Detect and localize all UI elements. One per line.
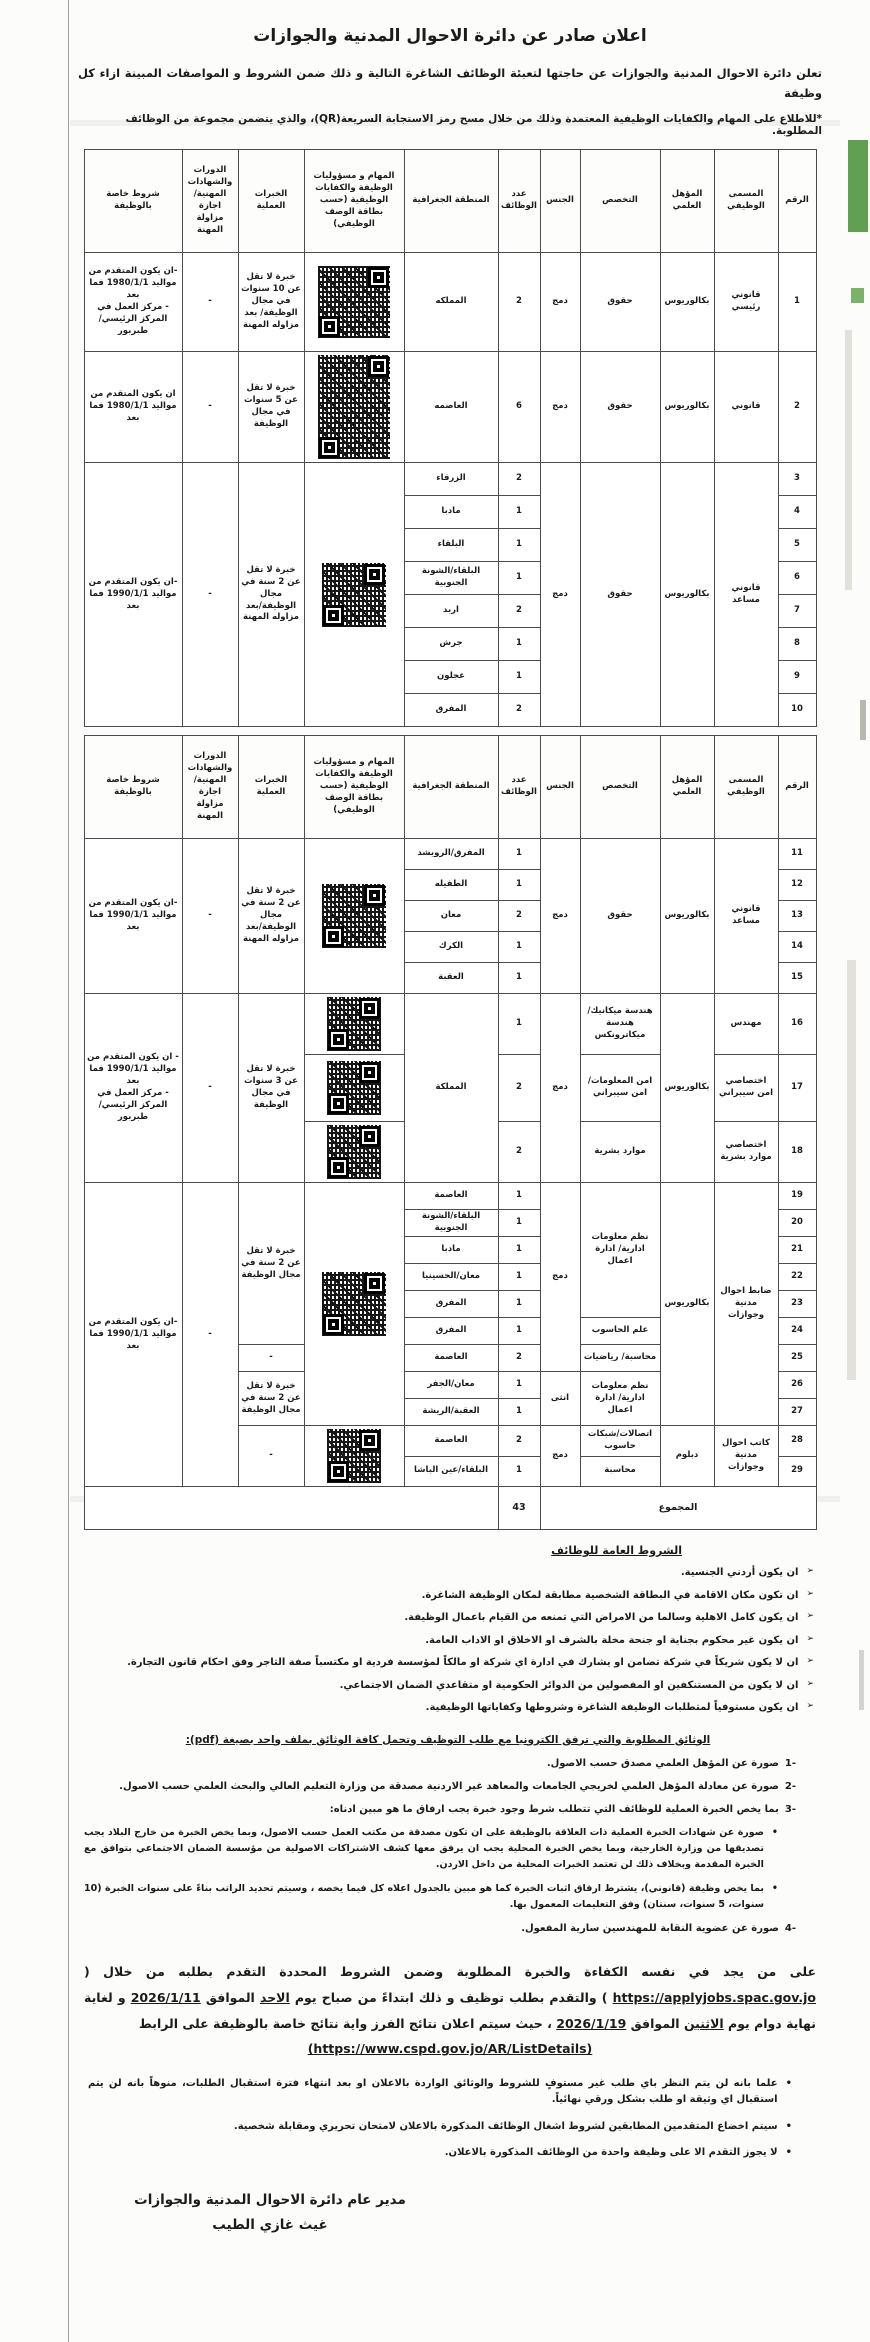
gender-cell: انثى — [540, 1372, 580, 1426]
table2-header-row: الرقم المسمى الوظيفي المؤهل العلمي التخص… — [84, 736, 816, 839]
region-cell: المملكه — [404, 253, 498, 352]
apply-text: ) والتقدم بطلب توظيف و ذلك ابتداءً من صب… — [295, 1990, 608, 2005]
courses-cell: - — [182, 352, 238, 463]
arrow-bullet-icon: ➢ — [806, 1655, 814, 1671]
start-date: 2026/1/11 — [131, 1990, 201, 2005]
apply-text: الموافق — [631, 2016, 680, 2031]
col-gender: الجنس — [540, 736, 580, 839]
vacancies-cell: 1 — [498, 628, 540, 661]
note-text: سيتم اخضاع المتقدمين المطابقين لشروط اشغ… — [234, 2119, 778, 2136]
region-cell: معان/الحسينيا — [404, 1264, 498, 1291]
row-num: 20 — [778, 1210, 816, 1237]
col-special-conditions: شروط خاصة بالوظيفة — [84, 736, 182, 839]
note-text: علما بانه لن يتم النظر باي طلب غير مستوف… — [88, 2076, 778, 2109]
gender-cell: دمج — [540, 463, 580, 727]
vacancies-cell: 1 — [498, 1264, 540, 1291]
vacancies-cell: 2 — [498, 694, 540, 727]
special-conditions-cell: ان يكون المتقدم من مواليد 1980/1/1 فما ب… — [84, 352, 182, 463]
tasks-qr-cell — [304, 1426, 404, 1487]
row-num: 14 — [778, 932, 816, 963]
row-num: 12 — [778, 870, 816, 901]
condition-text: ان يكون غير محكوم بجناية او جنحة مخلة با… — [425, 1633, 798, 1649]
region-cell: مادبا — [404, 1237, 498, 1264]
scan-artifact — [859, 1650, 864, 1710]
col-specialization: التخصص — [580, 736, 660, 839]
results-link[interactable]: (https://www.cspd.gov.jo/AR/ListDetails) — [84, 2036, 816, 2062]
job-title-cell: قانوني — [714, 352, 778, 463]
col-special-conditions: شروط خاصة بالوظيفة — [84, 150, 182, 253]
gender-cell: دمج — [540, 352, 580, 463]
condition-item: ➢ان يكون كامل الاهلية وسالما من الامراض … — [78, 1610, 814, 1626]
table1-header-row: الرقم المسمى الوظيفي المؤهل العلمي التخص… — [84, 150, 816, 253]
gender-cell: دمج — [540, 1426, 580, 1487]
region-cell: المفرق — [404, 694, 498, 727]
condition-item: ➢ان يكون مستوفياً لمتطلبات الوظيفة الشاغ… — [78, 1700, 814, 1716]
specialization-cell: موارد بشرية — [580, 1122, 660, 1183]
qr-code — [327, 1061, 381, 1115]
row-num: 11 — [778, 839, 816, 870]
row-num: 4 — [778, 496, 816, 529]
document-sub-item: •صورة عن شهادات الخبرة العملية ذات العلا… — [84, 1825, 778, 1873]
specialization-cell: هندسة ميكانيك/ هندسة ميكاترونكس — [580, 994, 660, 1055]
apply-portal-link[interactable]: https://applyjobs.spac.gov.jo — [613, 1990, 816, 2005]
row-num: 1 — [778, 253, 816, 352]
tasks-qr-cell — [304, 839, 404, 994]
qr-code — [327, 1125, 381, 1179]
job-title-cell: قانوني رئيسي — [714, 253, 778, 352]
region-cell: المفرق — [404, 1291, 498, 1318]
region-cell: المملكة — [404, 994, 498, 1183]
vacancies-cell: 1 — [498, 1291, 540, 1318]
region-cell: العقبة — [404, 963, 498, 994]
document-item: 1-صورة عن المؤهل العلمي مصدق حسب الاصول. — [78, 1756, 796, 1772]
row-num: 10 — [778, 694, 816, 727]
region-cell: العقبة/الريشة — [404, 1399, 498, 1426]
total-empty-cell — [84, 1487, 498, 1530]
courses-cell: - — [182, 253, 238, 352]
general-conditions-section: الشروط العامة للوظائف ➢ان يكون أردني الج… — [78, 1544, 822, 1716]
gender-cell: دمج — [540, 839, 580, 994]
region-cell: مادبا — [404, 496, 498, 529]
table-row: 3 قانوني مساعد بكالوريوس حقوق دمج 2 الزر… — [84, 463, 816, 496]
qr-code — [322, 884, 386, 948]
job-title-cell: اختصاصي امن سيبراني — [714, 1055, 778, 1122]
signature-block: مدير عام دائرة الاحوال المدنية والجوازات… — [98, 2188, 442, 2239]
row-num: 29 — [778, 1456, 816, 1487]
condition-text: ان لا يكون شريكاً في شركة تضامن او يشارك… — [127, 1655, 798, 1671]
apply-text: ، حيث سيتم اعلان نتائج الفرز واية نتائج … — [139, 2016, 552, 2031]
experience-cell: خبرة لا تقل عن 5 سنوات في مجال الوظيفة — [238, 352, 304, 463]
condition-item: ➢ان يكون أردني الجنسية. — [78, 1565, 814, 1581]
document-text: صورة عن عضوية النقابة للمهندسين سارية ال… — [521, 1921, 779, 1937]
document-text: صورة عن معادلة المؤهل العلمي لخريجي الجا… — [119, 1779, 779, 1795]
row-num: 9 — [778, 661, 816, 694]
intro-paragraph: تعلن دائرة الاحوال المدنية والجوازات عن … — [78, 64, 822, 103]
specialization-cell: حقوق — [580, 463, 660, 727]
dot-bullet-icon: • — [786, 2145, 792, 2162]
courses-cell: - — [182, 463, 238, 727]
qr-code — [322, 563, 386, 627]
row-num: 26 — [778, 1372, 816, 1399]
start-day: الاحد — [260, 1990, 290, 2005]
region-cell: عجلون — [404, 661, 498, 694]
row-num: 24 — [778, 1318, 816, 1345]
row-num: 28 — [778, 1426, 816, 1457]
vacancies-cell: 1 — [498, 529, 540, 562]
col-job-title: المسمى الوظيفي — [714, 150, 778, 253]
note-item: •لا يجوز التقدم الا على وظيفة واحدة من ا… — [88, 2145, 792, 2162]
table-row: 1 قانوني رئيسي بكالوريوس حقوق دمج 2 المم… — [84, 253, 816, 352]
specialization-cell: محاسبة — [580, 1456, 660, 1487]
experience-cell: خبرة لا تقل عن 2 سنة في مجال الوظيفة — [238, 1372, 304, 1426]
vacancies-cell: 2 — [498, 1426, 540, 1457]
table-row: 16 مهندس بكالوريوس هندسة ميكانيك/ هندسة … — [84, 994, 816, 1055]
vacancies-cell: 1 — [498, 661, 540, 694]
arrow-bullet-icon: ➢ — [806, 1588, 814, 1604]
specialization-cell: حقوق — [580, 253, 660, 352]
qualification-cell: دبلوم — [660, 1426, 714, 1487]
newspaper-column-rule — [68, 0, 69, 2342]
gender-cell: دمج — [540, 994, 580, 1183]
experience-cell: - — [238, 1345, 304, 1372]
arrow-bullet-icon: ➢ — [806, 1633, 814, 1649]
job-title-cell: ضابط احوال مدنية وجوازات — [714, 1183, 778, 1426]
col-experience: الخبرات العملية — [238, 150, 304, 253]
qr-code — [327, 997, 381, 1051]
special-conditions-cell: -ان يكون المتقدم من مواليد 1990/1/1 فما … — [84, 463, 182, 727]
vacancies-cell: 1 — [498, 932, 540, 963]
region-cell: العاصمة — [404, 1345, 498, 1372]
document-text: صورة عن المؤهل العلمي مصدق حسب الاصول. — [547, 1756, 779, 1772]
item-number: 4- — [785, 1921, 796, 1937]
job-title-cell: مهندس — [714, 994, 778, 1055]
courses-cell: - — [182, 839, 238, 994]
scan-artifact — [847, 960, 856, 1380]
page-title: اعلان صادر عن دائرة الاحوال المدنية والج… — [78, 26, 822, 46]
item-number: 2- — [785, 1779, 796, 1795]
document-item: 3-بما يخص الخبرة العملية للوظائف التي تت… — [78, 1802, 796, 1818]
col-qualification: المؤهل العلمي — [660, 150, 714, 253]
col-vacancies: عدد الوظائف — [498, 736, 540, 839]
vacancies-cell: 1 — [498, 1399, 540, 1426]
condition-text: ان يكون أردني الجنسية. — [681, 1565, 799, 1581]
vacancies-cell: 2 — [498, 1055, 540, 1122]
arrow-bullet-icon: ➢ — [806, 1700, 814, 1716]
experience-cell: خبرة لا تقل عن 3 سنوات في مجال الوظيفة — [238, 994, 304, 1183]
condition-text: ان يكون كامل الاهلية وسالما من الامراض ا… — [404, 1610, 798, 1626]
row-num: 21 — [778, 1237, 816, 1264]
row-num: 23 — [778, 1291, 816, 1318]
note-item: •سيتم اخضاع المتقدمين المطابقين لشروط اش… — [88, 2119, 792, 2136]
row-num: 17 — [778, 1055, 816, 1122]
row-num: 19 — [778, 1183, 816, 1210]
job-title-cell: اختصاصي موارد بشرية — [714, 1122, 778, 1183]
col-num: الرقم — [778, 736, 816, 839]
total-label: المجموع — [540, 1487, 816, 1530]
vacancies-cell: 2 — [498, 595, 540, 628]
note-text: لا يجوز التقدم الا على وظيفة واحدة من ال… — [445, 2145, 778, 2162]
document-text: صورة عن شهادات الخبرة العملية ذات العلاق… — [84, 1825, 764, 1873]
application-paragraph: على من يجد في نفسه الكفاءة والخبرة المطل… — [84, 1959, 816, 2062]
col-job-title: المسمى الوظيفي — [714, 736, 778, 839]
region-cell: البلقاء/الشونة الجنوبية — [404, 1210, 498, 1237]
vacancies-cell: 1 — [498, 1210, 540, 1237]
specialization-cell: نظم معلومات ادارية/ ادارة اعمال — [580, 1183, 660, 1318]
arrow-bullet-icon: ➢ — [806, 1565, 814, 1581]
specialization-cell: حقوق — [580, 839, 660, 994]
final-notes-section: •علما بانه لن يتم النظر باي طلب غير مستو… — [78, 2076, 822, 2162]
region-cell: البلقاء — [404, 529, 498, 562]
col-tasks: المهام و مسؤوليات الوظيفة والكفايات الوظ… — [304, 150, 404, 253]
job-title-cell: قانوني مساعد — [714, 839, 778, 994]
document-item: 4-صورة عن عضوية النقابة للمهندسين سارية … — [78, 1921, 796, 1937]
region-cell: المفرق/الرويشد — [404, 839, 498, 870]
vacancies-cell: 1 — [498, 562, 540, 595]
row-num: 22 — [778, 1264, 816, 1291]
row-num: 5 — [778, 529, 816, 562]
row-num: 15 — [778, 963, 816, 994]
vacancies-cell: 2 — [498, 1345, 540, 1372]
col-experience: الخبرات العملية — [238, 736, 304, 839]
dot-bullet-icon: • — [786, 2076, 792, 2109]
table-row: 2 قانوني بكالوريوس حقوق دمج 6 العاصمه خب… — [84, 352, 816, 463]
col-vacancies: عدد الوظائف — [498, 150, 540, 253]
end-day: الاثنين — [684, 2016, 724, 2031]
arrow-bullet-icon: ➢ — [806, 1610, 814, 1626]
specialization-cell: اتصالات/شبكات حاسوب — [580, 1426, 660, 1457]
condition-item: ➢ان لا يكون من المستنكفين او المفصولين م… — [78, 1678, 814, 1694]
col-qualification: المؤهل العلمي — [660, 736, 714, 839]
col-courses: الدورات والشهادات المهنية/اجازة مزاولة ا… — [182, 736, 238, 839]
special-conditions-cell: - ان يكون المتقدم من مواليد 1990/1/1 فما… — [84, 994, 182, 1183]
job-title-cell: كاتب احوال مدنية وجوازات — [714, 1426, 778, 1487]
arrow-bullet-icon: ➢ — [806, 1678, 814, 1694]
signature-name: غيث غازي الطيب — [98, 2213, 442, 2239]
specialization-cell: محاسبة/ رياضيات — [580, 1345, 660, 1372]
jobs-table-2: الرقم المسمى الوظيفي المؤهل العلمي التخص… — [84, 735, 817, 1530]
condition-item: ➢ان لا يكون شريكاً في شركة تضامن او يشار… — [78, 1655, 814, 1671]
vacancies-cell: 1 — [498, 1183, 540, 1210]
vacancies-cell: 2 — [498, 901, 540, 932]
row-num: 7 — [778, 595, 816, 628]
required-documents-section: الوثائق المطلوبة والتي ترفق الكترونيا مع… — [78, 1734, 822, 1938]
vacancies-cell: 2 — [498, 1122, 540, 1183]
scan-artifact — [848, 140, 868, 232]
qr-scan-note: *للاطلاع على المهام والكفايات الوظيفية ا… — [78, 113, 822, 137]
experience-cell: خبرة لا تقل عن 10 سنوات في مجال الوظيفة/… — [238, 253, 304, 352]
dot-bullet-icon: • — [772, 1881, 778, 1913]
qualification-cell: بكالوريوس — [660, 1183, 714, 1426]
table-row: 11 قانوني مساعد بكالوريوس حقوق دمج 1 الم… — [84, 839, 816, 870]
condition-item: ➢ان تكون مكان الاقامة في البطاقة الشخصية… — [78, 1588, 814, 1604]
vacancies-cell: 1 — [498, 994, 540, 1055]
row-num: 13 — [778, 901, 816, 932]
document-sub-item: •بما يخص وظيفة (قانوني)، يشترط ارفاق اثب… — [84, 1881, 778, 1913]
gender-cell: دمج — [540, 1183, 580, 1372]
scan-artifact — [845, 330, 852, 590]
apply-text: الموافق — [206, 1990, 255, 2005]
qr-code — [318, 266, 390, 338]
end-date: 2026/1/19 — [556, 2016, 626, 2031]
dot-bullet-icon: • — [786, 2119, 792, 2136]
apply-text: على من يجد في نفسه الكفاءة والخبرة المطل… — [84, 1964, 816, 1979]
job-title-cell: قانوني مساعد — [714, 463, 778, 727]
documents-title: الوثائق المطلوبة والتي ترفق الكترونيا مع… — [78, 1734, 818, 1746]
region-cell: جرش — [404, 628, 498, 661]
vacancies-cell: 1 — [498, 839, 540, 870]
region-cell: المفرق — [404, 1318, 498, 1345]
vacancies-cell: 1 — [498, 496, 540, 529]
courses-cell: - — [182, 1183, 238, 1487]
row-num: 27 — [778, 1399, 816, 1426]
col-tasks: المهام و مسؤوليات الوظيفة والكفايات الوظ… — [304, 736, 404, 839]
document-text: بما يخص وظيفة (قانوني)، يشترط ارفاق اثبا… — [84, 1881, 764, 1913]
qualification-cell: بكالوريوس — [660, 839, 714, 994]
col-num: الرقم — [778, 150, 816, 253]
tasks-qr-cell — [304, 1122, 404, 1183]
region-cell: العاصمه — [404, 352, 498, 463]
region-cell: اربد — [404, 595, 498, 628]
condition-text: ان يكون مستوفياً لمتطلبات الوظيفة الشاغر… — [426, 1700, 799, 1716]
gender-cell: دمج — [540, 253, 580, 352]
special-conditions-cell: -ان يكون المتقدم من مواليد 1980/1/1 فما … — [84, 253, 182, 352]
signature-title: مدير عام دائرة الاحوال المدنية والجوازات — [98, 2188, 442, 2214]
experience-cell: خبرة لا تقل عن 2 سنة في مجال الوظيفة — [238, 1183, 304, 1345]
item-number: 3- — [785, 1802, 796, 1818]
tasks-qr-cell — [304, 1055, 404, 1122]
region-cell: الكرك — [404, 932, 498, 963]
region-cell: البلقاء/عين الباشا — [404, 1456, 498, 1487]
vacancies-cell: 1 — [498, 1237, 540, 1264]
col-region: المنطقة الجغرافية — [404, 150, 498, 253]
row-num: 6 — [778, 562, 816, 595]
region-cell: معان/الجفر — [404, 1372, 498, 1399]
scan-artifact — [851, 288, 864, 303]
region-cell: الطفيله — [404, 870, 498, 901]
document-text: بما يخص الخبرة العملية للوظائف التي تتطل… — [330, 1802, 779, 1818]
dot-bullet-icon: • — [772, 1825, 778, 1873]
announcement: اعلان صادر عن دائرة الاحوال المدنية والج… — [78, 12, 822, 2239]
col-region: المنطقة الجغرافية — [404, 736, 498, 839]
row-num: 2 — [778, 352, 816, 463]
vacancies-cell: 1 — [498, 1456, 540, 1487]
total-row: المجموع 43 — [84, 1487, 816, 1530]
specialization-cell: نظم معلومات ادارية/ ادارة اعمال — [580, 1372, 660, 1426]
vacancies-cell: 1 — [498, 963, 540, 994]
region-cell: معان — [404, 901, 498, 932]
row-num: 18 — [778, 1122, 816, 1183]
region-cell: الزرقاء — [404, 463, 498, 496]
qualification-cell: بكالوريوس — [660, 994, 714, 1183]
row-num: 8 — [778, 628, 816, 661]
qr-code — [322, 1272, 386, 1336]
row-num: 3 — [778, 463, 816, 496]
experience-cell: خبرة لا تقل عن 2 سنة في مجال الوظيفة/بعد… — [238, 839, 304, 994]
col-gender: الجنس — [540, 150, 580, 253]
general-conditions-title: الشروط العامة للوظائف — [551, 1544, 682, 1557]
condition-text: ان لا يكون من المستنكفين او المفصولين من… — [340, 1678, 799, 1694]
experience-cell: - — [238, 1426, 304, 1487]
scan-artifact — [860, 700, 866, 740]
condition-text: ان تكون مكان الاقامة في البطاقة الشخصية … — [422, 1588, 799, 1604]
vacancies-cell: 1 — [498, 1372, 540, 1399]
vacancies-cell: 1 — [498, 870, 540, 901]
vacancies-cell: 2 — [498, 463, 540, 496]
tasks-qr-cell — [304, 1183, 404, 1426]
jobs-table-1: الرقم المسمى الوظيفي المؤهل العلمي التخص… — [84, 149, 817, 727]
qualification-cell: بكالوريوس — [660, 463, 714, 727]
region-cell: البلقاء/الشونة الجنوبية — [404, 562, 498, 595]
qr-code — [318, 355, 390, 459]
row-num: 16 — [778, 994, 816, 1055]
table-row: 19 ضابط احوال مدنية وجوازات بكالوريوس نظ… — [84, 1183, 816, 1210]
tasks-qr-cell — [304, 994, 404, 1055]
region-cell: العاصمة — [404, 1426, 498, 1457]
vacancies-cell: 2 — [498, 253, 540, 352]
region-cell: العاصمة — [404, 1183, 498, 1210]
tasks-qr-cell — [304, 253, 404, 352]
note-item: •علما بانه لن يتم النظر باي طلب غير مستو… — [88, 2076, 792, 2109]
qr-code — [327, 1429, 381, 1483]
special-conditions-cell: -ان يكون المتقدم من مواليد 1990/1/1 فما … — [84, 1183, 182, 1487]
condition-item: ➢ان يكون غير محكوم بجناية او جنحة مخلة ب… — [78, 1633, 814, 1649]
col-specialization: التخصص — [580, 150, 660, 253]
specialization-cell: علم الحاسوب — [580, 1318, 660, 1345]
vacancies-cell: 6 — [498, 352, 540, 463]
item-number: 1- — [785, 1756, 796, 1772]
document-item: 2-صورة عن معادلة المؤهل العلمي لخريجي ال… — [78, 1779, 796, 1795]
col-courses: الدورات والشهادات المهنية/اجازة مزاولة ا… — [182, 150, 238, 253]
courses-cell: - — [182, 994, 238, 1183]
vacancies-cell: 1 — [498, 1318, 540, 1345]
qualification-cell: بكالوريوس — [660, 352, 714, 463]
total-value: 43 — [498, 1487, 540, 1530]
specialization-cell: امن المعلومات/ امن سيبراني — [580, 1055, 660, 1122]
specialization-cell: حقوق — [580, 352, 660, 463]
row-num: 25 — [778, 1345, 816, 1372]
tasks-qr-cell — [304, 352, 404, 463]
experience-cell: خبرة لا تقل عن 2 سنة في مجال الوظيفة/بعد… — [238, 463, 304, 727]
tasks-qr-cell — [304, 463, 404, 727]
special-conditions-cell: -ان يكون المتقدم من مواليد 1990/1/1 فما … — [84, 839, 182, 994]
qualification-cell: بكالوريوس — [660, 253, 714, 352]
